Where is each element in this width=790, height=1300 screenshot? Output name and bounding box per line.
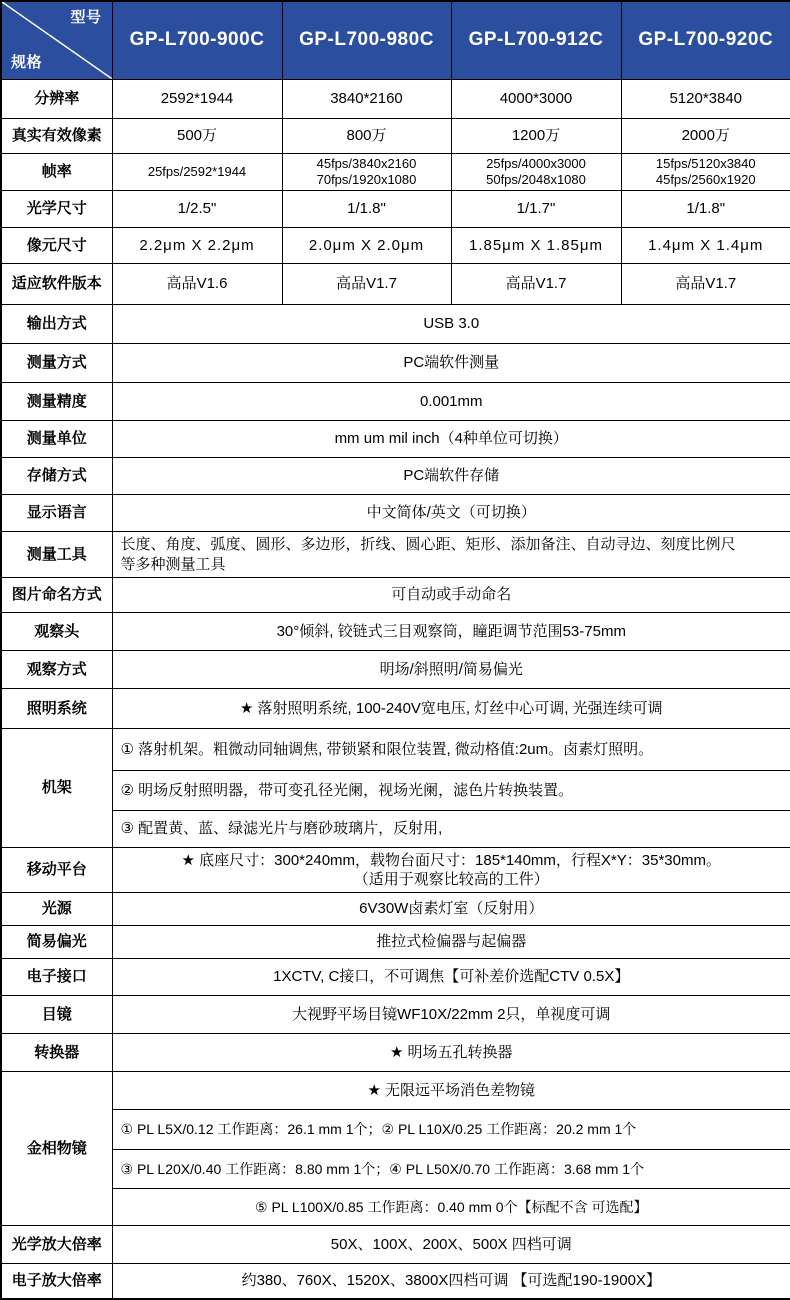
row-value: PC端软件存储 xyxy=(112,458,790,495)
row-label: 电子放大倍率 xyxy=(1,1264,112,1299)
table-row: 目镜 大视野平场目镜WF10X/22mm 2只，单视度可调 xyxy=(1,996,790,1034)
row-value: USB 3.0 xyxy=(112,305,790,344)
row-label: 分辨率 xyxy=(1,79,112,118)
table-row: 像元尺寸 2.2μm X 2.2μm 2.0μm X 2.0μm 1.85μm … xyxy=(1,228,790,264)
model-header: GP-L700-920C xyxy=(621,1,790,79)
table-row: 帧率 25fps/2592*1944 45fps/3840x2160 70fps… xyxy=(1,153,790,191)
cell-value: 1.85μm X 1.85μm xyxy=(451,228,621,264)
table-row: 简易偏光 推拉式检偏器与起偏器 xyxy=(1,926,790,959)
row-label: 观察头 xyxy=(1,613,112,651)
spec-sheet: 型号 规格 GP-L700-900C GP-L700-980C GP-L700-… xyxy=(0,0,790,1300)
row-label: 存储方式 xyxy=(1,458,112,495)
table-row: 图片命名方式 可自动或手动命名 xyxy=(1,578,790,613)
table-row: ① PL L5X/0.12 工作距离：26.1 mm 1个；② PL L10X/… xyxy=(1,1110,790,1150)
row-value: 推拉式检偏器与起偏器 xyxy=(112,926,790,959)
row-value: 0.001mm xyxy=(112,383,790,421)
row-value: 可自动或手动命名 xyxy=(112,578,790,613)
table-row: 测量精度 0.001mm xyxy=(1,383,790,421)
table-row: 测量方式 PC端软件测量 xyxy=(1,344,790,383)
row-label: 测量工具 xyxy=(1,532,112,578)
table-row: 照明系统 ★ 落射照明系统, 100-240V宽电压, 灯丝中心可调, 光强连续… xyxy=(1,689,790,729)
row-value: mm um mil inch（4种单位可切换） xyxy=(112,421,790,458)
row-value: ③ PL L20X/0.40 工作距离：8.80 mm 1个；④ PL L50X… xyxy=(112,1150,790,1189)
table-row: 显示语言 中文简体/英文（可切换） xyxy=(1,495,790,532)
table-row: 电子接口 1XCTV, C接口，不可调焦【可补差价选配CTV 0.5X】 xyxy=(1,959,790,996)
model-header: GP-L700-900C xyxy=(112,1,282,79)
row-label: 转换器 xyxy=(1,1034,112,1072)
row-value: ⑤ PL L100X/0.85 工作距离：0.40 mm 0个【标配不含 可选配… xyxy=(112,1189,790,1226)
table-row: 分辨率 2592*1944 3840*2160 4000*3000 5120*3… xyxy=(1,79,790,118)
cell-value: 25fps/4000x3000 50fps/2048x1080 xyxy=(451,153,621,191)
table-row: 真实有效像素 500万 800万 1200万 2000万 xyxy=(1,118,790,153)
cell-value: 1/1.7" xyxy=(451,191,621,228)
row-label: 显示语言 xyxy=(1,495,112,532)
row-value: ★ 无限远平场消色差物镜 xyxy=(112,1072,790,1110)
cell-value: 5120*3840 xyxy=(621,79,790,118)
corner-spec-label: 规格 xyxy=(11,53,42,73)
table-row: 测量工具 长度、角度、弧度、圆形、多边形，折线、圆心距、矩形、添加备注、自动寻边… xyxy=(1,532,790,578)
row-value: 1XCTV, C接口，不可调焦【可补差价选配CTV 0.5X】 xyxy=(112,959,790,996)
row-label: 光学尺寸 xyxy=(1,191,112,228)
table-row: 金相物镜 ★ 无限远平场消色差物镜 xyxy=(1,1072,790,1110)
cell-value: 45fps/3840x2160 70fps/1920x1080 xyxy=(282,153,451,191)
cell-value: 高品V1.7 xyxy=(451,264,621,305)
row-value: ★ 底座尺寸：300*240mm，载物台面尺寸：185*140mm，行程X*Y：… xyxy=(112,848,790,893)
table-row: 观察方式 明场/斜照明/简易偏光 xyxy=(1,651,790,689)
row-label: 图片命名方式 xyxy=(1,578,112,613)
row-value: 明场/斜照明/简易偏光 xyxy=(112,651,790,689)
model-header: GP-L700-912C xyxy=(451,1,621,79)
cell-value: 3840*2160 xyxy=(282,79,451,118)
corner-model-label: 型号 xyxy=(70,8,101,28)
cell-value: 高品V1.6 xyxy=(112,264,282,305)
table-row: ⑤ PL L100X/0.85 工作距离：0.40 mm 0个【标配不含 可选配… xyxy=(1,1189,790,1226)
row-label: 测量精度 xyxy=(1,383,112,421)
row-value: 50X、100X、200X、500X 四档可调 xyxy=(112,1226,790,1264)
cell-value: 1/1.8" xyxy=(621,191,790,228)
row-label: 观察方式 xyxy=(1,651,112,689)
cell-value: 1/1.8" xyxy=(282,191,451,228)
table-row: 转换器 ★ 明场五孔转换器 xyxy=(1,1034,790,1072)
row-value: ③ 配置黄、蓝、绿滤光片与磨砂玻璃片，反射用, xyxy=(112,811,790,848)
cell-value: 500万 xyxy=(112,118,282,153)
row-value: 6V30W卤素灯室（反射用） xyxy=(112,893,790,926)
cell-value: 15fps/5120x3840 45fps/2560x1920 xyxy=(621,153,790,191)
row-value: ② 明场反射照明器，带可变孔径光阑，视场光阑，滤色片转换装置。 xyxy=(112,771,790,811)
cell-value: 高品V1.7 xyxy=(621,264,790,305)
cell-value: 4000*3000 xyxy=(451,79,621,118)
row-label: 帧率 xyxy=(1,153,112,191)
row-value: 中文简体/英文（可切换） xyxy=(112,495,790,532)
cell-value: 1200万 xyxy=(451,118,621,153)
row-value: ★ 落射照明系统, 100-240V宽电压, 灯丝中心可调, 光强连续可调 xyxy=(112,689,790,729)
table-row: 输出方式 USB 3.0 xyxy=(1,305,790,344)
table-row: 移动平台 ★ 底座尺寸：300*240mm，载物台面尺寸：185*140mm，行… xyxy=(1,848,790,893)
table-row: 光学放大倍率 50X、100X、200X、500X 四档可调 xyxy=(1,1226,790,1264)
table-row: 存储方式 PC端软件存储 xyxy=(1,458,790,495)
row-label: 像元尺寸 xyxy=(1,228,112,264)
row-label: 光学放大倍率 xyxy=(1,1226,112,1264)
row-value: 长度、角度、弧度、圆形、多边形，折线、圆心距、矩形、添加备注、自动寻边、刻度比例… xyxy=(112,532,790,578)
model-header: GP-L700-980C xyxy=(282,1,451,79)
cell-value: 2000万 xyxy=(621,118,790,153)
header-row: 型号 规格 GP-L700-900C GP-L700-980C GP-L700-… xyxy=(1,1,790,79)
row-value: ★ 明场五孔转换器 xyxy=(112,1034,790,1072)
table-row: 光学尺寸 1/2.5" 1/1.8" 1/1.7" 1/1.8" xyxy=(1,191,790,228)
table-row: 机架 ① 落射机架。粗微动同轴调焦, 带锁紧和限位装置, 微动格值:2um。卤素… xyxy=(1,729,790,771)
row-label: 测量单位 xyxy=(1,421,112,458)
row-value: ① 落射机架。粗微动同轴调焦, 带锁紧和限位装置, 微动格值:2um。卤素灯照明… xyxy=(112,729,790,771)
row-value: 大视野平场目镜WF10X/22mm 2只，单视度可调 xyxy=(112,996,790,1034)
cell-value: 2592*1944 xyxy=(112,79,282,118)
row-value: 约380、760X、1520X、3800X四档可调 【可选配190-1900X】 xyxy=(112,1264,790,1299)
cell-value: 800万 xyxy=(282,118,451,153)
row-label: 电子接口 xyxy=(1,959,112,996)
cell-value: 25fps/2592*1944 xyxy=(112,153,282,191)
spec-table: 型号 规格 GP-L700-900C GP-L700-980C GP-L700-… xyxy=(0,0,790,1300)
cell-value: 1.4μm X 1.4μm xyxy=(621,228,790,264)
cell-value: 2.2μm X 2.2μm xyxy=(112,228,282,264)
cell-value: 1/2.5" xyxy=(112,191,282,228)
table-row: 观察头 30°倾斜, 铰链式三目观察筒，瞳距调节范围53-75mm xyxy=(1,613,790,651)
row-label: 金相物镜 xyxy=(1,1072,112,1226)
row-label: 适应软件版本 xyxy=(1,264,112,305)
row-label: 目镜 xyxy=(1,996,112,1034)
cell-value: 高品V1.7 xyxy=(282,264,451,305)
row-label: 光源 xyxy=(1,893,112,926)
row-label: 输出方式 xyxy=(1,305,112,344)
table-row: 光源 6V30W卤素灯室（反射用） xyxy=(1,893,790,926)
row-label: 照明系统 xyxy=(1,689,112,729)
table-row: ③ PL L20X/0.40 工作距离：8.80 mm 1个；④ PL L50X… xyxy=(1,1150,790,1189)
table-row: 电子放大倍率 约380、760X、1520X、3800X四档可调 【可选配190… xyxy=(1,1264,790,1299)
cell-value: 2.0μm X 2.0μm xyxy=(282,228,451,264)
row-label: 真实有效像素 xyxy=(1,118,112,153)
table-row: ③ 配置黄、蓝、绿滤光片与磨砂玻璃片，反射用, xyxy=(1,811,790,848)
row-value: PC端软件测量 xyxy=(112,344,790,383)
row-label: 简易偏光 xyxy=(1,926,112,959)
row-value: ① PL L5X/0.12 工作距离：26.1 mm 1个；② PL L10X/… xyxy=(112,1110,790,1150)
table-row: 测量单位 mm um mil inch（4种单位可切换） xyxy=(1,421,790,458)
row-value: 30°倾斜, 铰链式三目观察筒，瞳距调节范围53-75mm xyxy=(112,613,790,651)
row-label: 移动平台 xyxy=(1,848,112,893)
corner-header-cell: 型号 规格 xyxy=(1,1,112,79)
row-label: 测量方式 xyxy=(1,344,112,383)
table-row: 适应软件版本 高品V1.6 高品V1.7 高品V1.7 高品V1.7 xyxy=(1,264,790,305)
table-row: ② 明场反射照明器，带可变孔径光阑，视场光阑，滤色片转换装置。 xyxy=(1,771,790,811)
row-label: 机架 xyxy=(1,729,112,848)
